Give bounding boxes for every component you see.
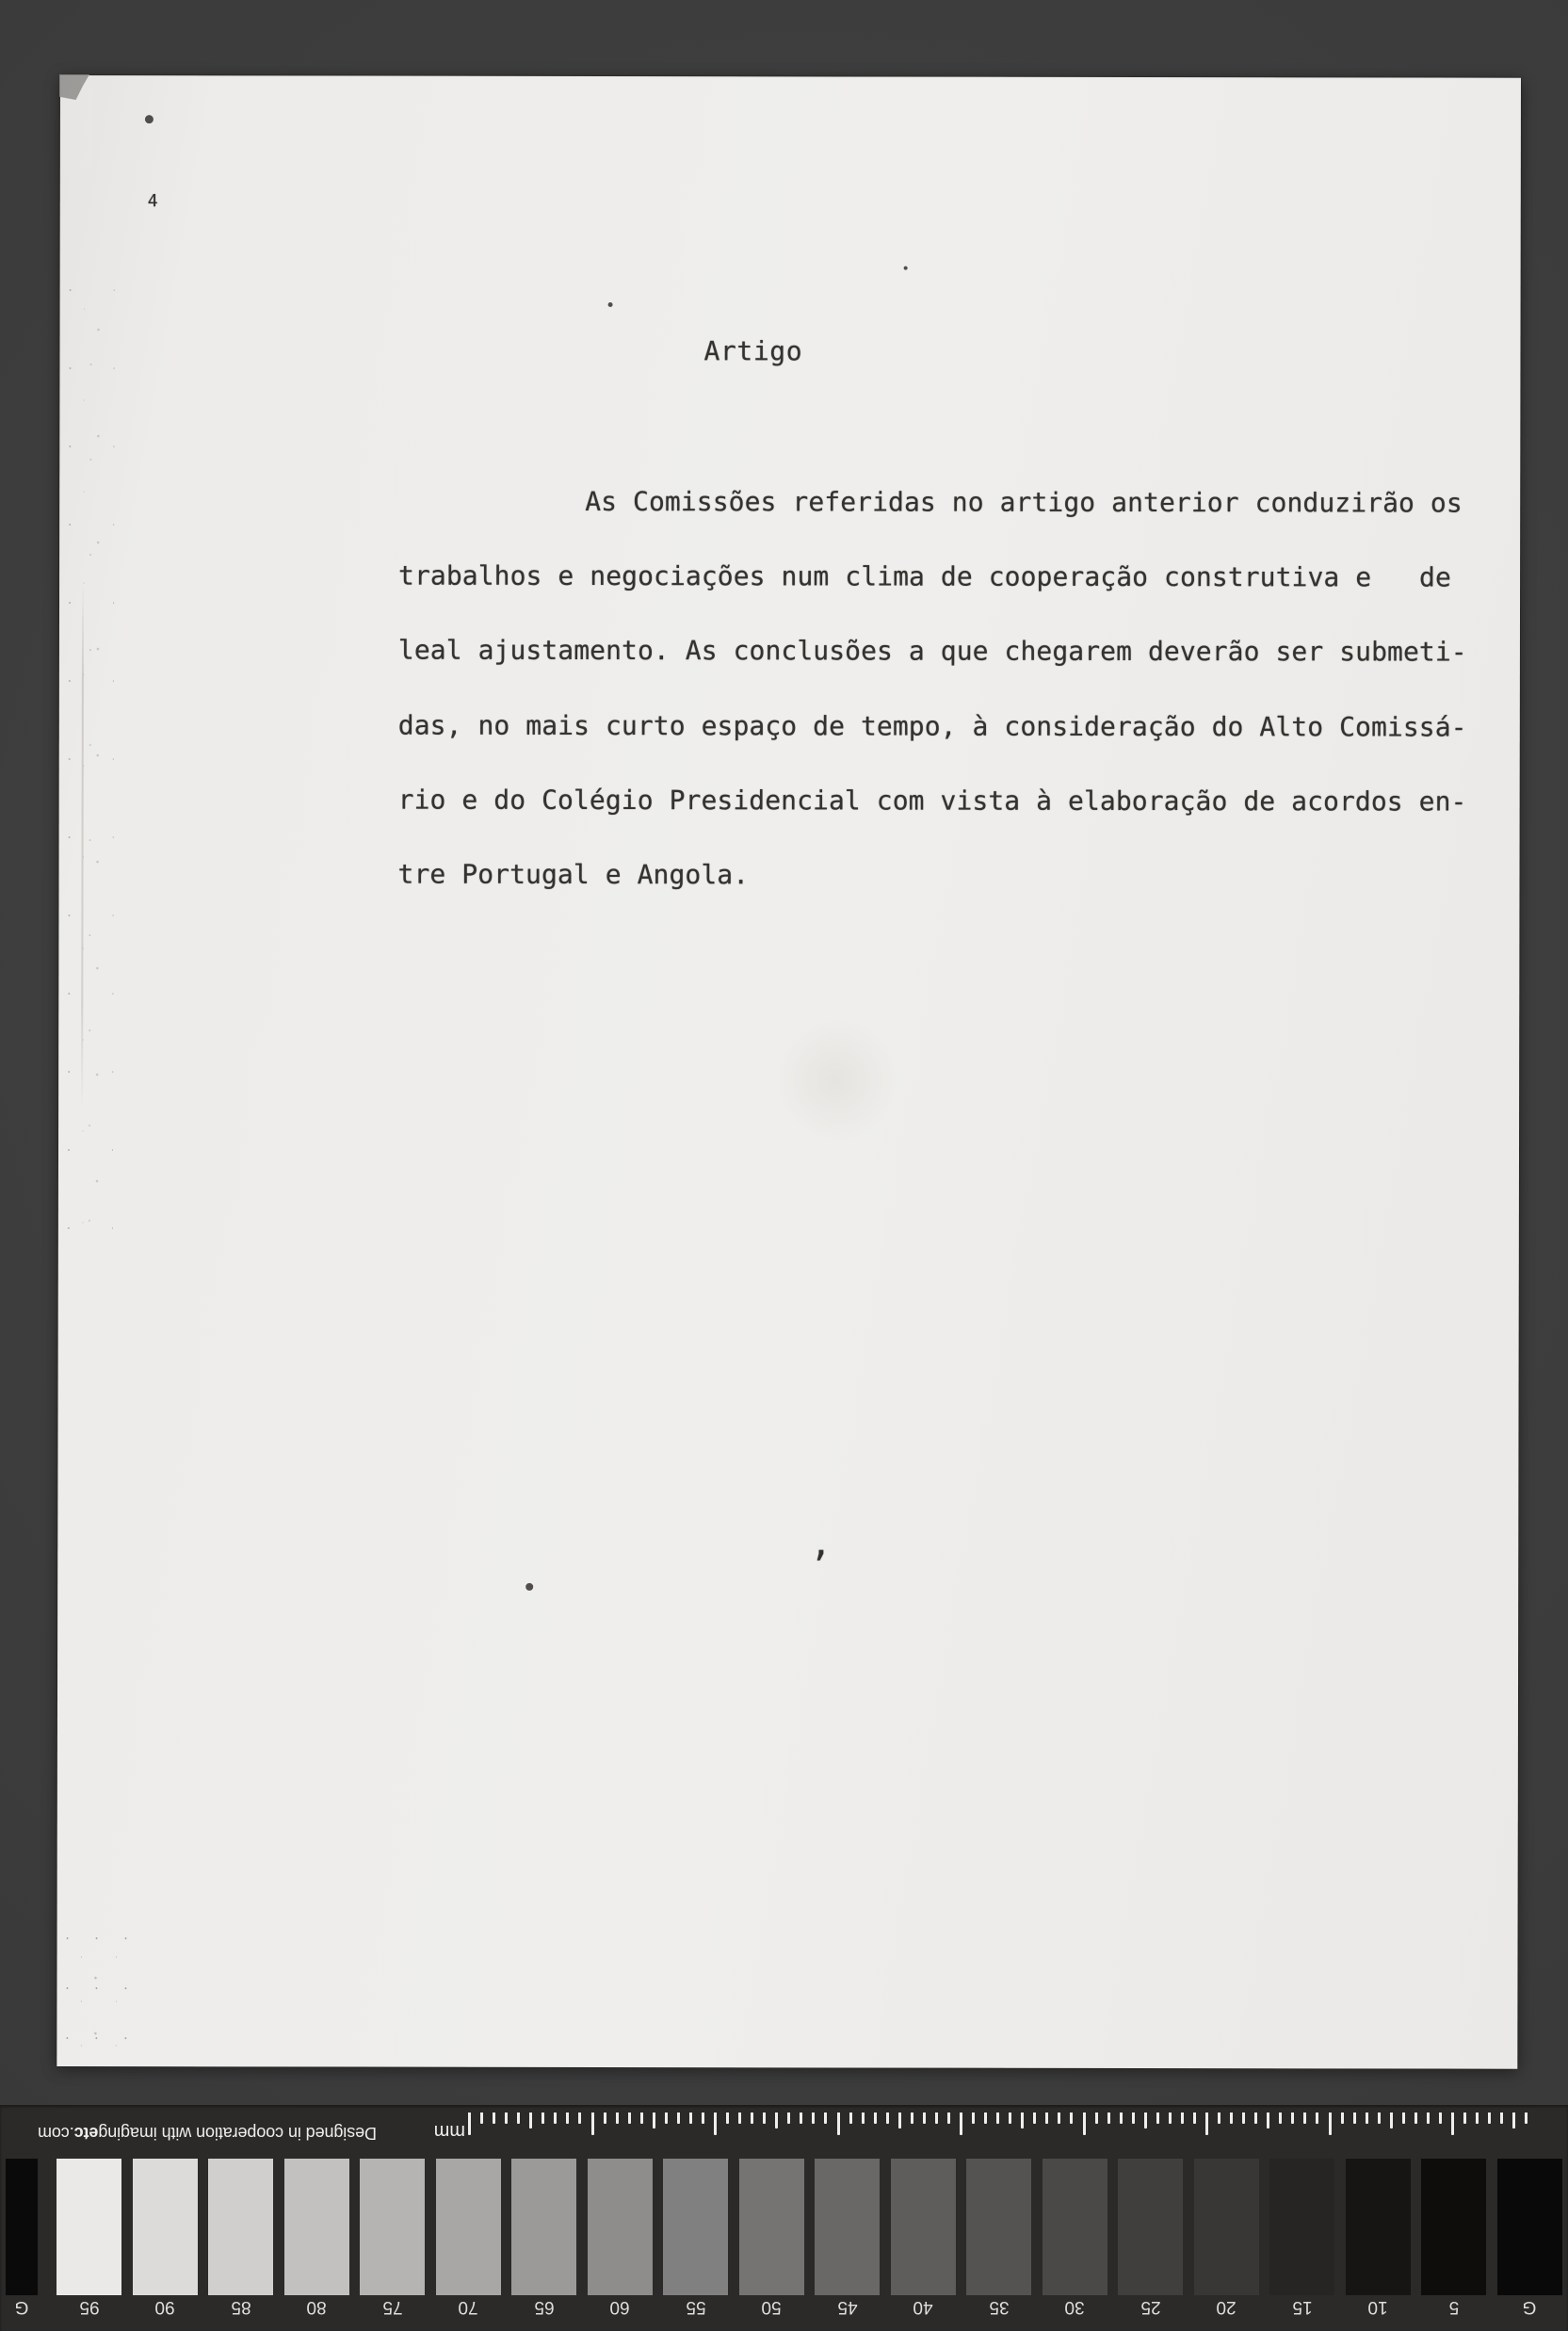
grayscale-patch <box>1194 2159 1259 2295</box>
grayscale-patch <box>1346 2159 1411 2295</box>
patch-label: 15 <box>1274 2296 1331 2317</box>
paragraph-line: tre Portugal e Angola. <box>397 856 749 895</box>
patch-label: 95 <box>61 2296 118 2317</box>
stray-mark <box>608 302 613 307</box>
grayscale-patches: G9590858075706560555045403530252015105G <box>0 2105 1568 2331</box>
stray-mark <box>525 1583 533 1591</box>
grayscale-patch <box>815 2159 880 2295</box>
paragraph-line: As Comissões referidas no artigo anterio… <box>585 483 1463 523</box>
grayscale-patch <box>511 2159 576 2295</box>
patch-label: 40 <box>895 2296 951 2317</box>
archival-photo-background: Artigo As Comissões referidas no artigo … <box>0 0 1568 2331</box>
patch-label: 20 <box>1198 2296 1254 2317</box>
grayscale-patch <box>436 2159 501 2295</box>
stray-mark <box>904 267 908 270</box>
patch-label: 25 <box>1123 2296 1179 2317</box>
patch-label: 85 <box>213 2296 269 2317</box>
patch-label: 90 <box>137 2296 193 2317</box>
grayscale-patch <box>1118 2159 1183 2295</box>
patch-label: G <box>1501 2296 1558 2317</box>
paragraph-line: leal ajustamento. As conclusões a que ch… <box>398 632 1467 672</box>
grayscale-patch <box>57 2159 121 2295</box>
grayscale-patch <box>891 2159 956 2295</box>
stray-mark <box>145 115 154 123</box>
stray-mark: , <box>810 1522 832 1563</box>
faint-stain <box>774 1018 897 1141</box>
document-page: Artigo As Comissões referidas no artigo … <box>57 75 1521 2069</box>
grayscale-patch <box>1421 2159 1486 2295</box>
grayscale-patch <box>360 2159 425 2295</box>
paragraph-line: rio e do Colégio Presidencial com vista … <box>398 781 1467 820</box>
patch-label: 55 <box>668 2296 724 2317</box>
grayscale-patch <box>966 2159 1031 2295</box>
patch-label: 70 <box>440 2296 496 2317</box>
grayscale-patch <box>588 2159 653 2295</box>
page-title: Artigo <box>703 332 802 370</box>
grayscale-patch <box>663 2159 728 2295</box>
grayscale-patch <box>739 2159 804 2295</box>
calibration-strip: Designed in cooperation with imagingetc.… <box>0 2105 1568 2331</box>
patch-label: 30 <box>1046 2296 1103 2317</box>
left-edge-speckles <box>60 278 115 1276</box>
paper-crease <box>81 584 84 1111</box>
patch-label: 45 <box>819 2296 876 2317</box>
patch-label: 50 <box>743 2296 800 2317</box>
paper-edge-wear <box>60 75 92 235</box>
patch-label: 65 <box>516 2296 573 2317</box>
patch-label: G <box>0 2296 50 2317</box>
patch-label: 5 <box>1426 2296 1482 2317</box>
patch-label: 10 <box>1350 2296 1406 2317</box>
patch-label: 75 <box>364 2296 421 2317</box>
grayscale-patch <box>6 2159 38 2295</box>
patch-label: 80 <box>288 2296 345 2317</box>
stray-typewriter-marks: ,4 <box>60 75 1521 78</box>
paragraph-line: das, no mais curto espaço de tempo, à co… <box>398 706 1467 746</box>
grayscale-patch <box>133 2159 198 2295</box>
bottom-left-speckles <box>58 1926 132 2063</box>
patch-label: 60 <box>591 2296 648 2317</box>
paragraph-line: trabalhos e negociações num clima de coo… <box>398 558 1451 597</box>
grayscale-patch <box>284 2159 349 2295</box>
grayscale-patch <box>1269 2159 1334 2295</box>
grayscale-patch <box>1043 2159 1107 2295</box>
grayscale-patch <box>208 2159 273 2295</box>
stray-mark: 4 <box>148 191 158 211</box>
typewritten-paragraph: As Comissões referidas no artigo anterio… <box>60 75 1521 78</box>
grayscale-patch <box>1497 2159 1562 2295</box>
patch-label: 35 <box>971 2296 1027 2317</box>
